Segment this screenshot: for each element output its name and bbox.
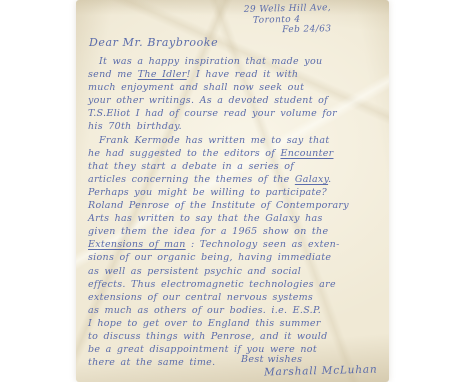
handwritten-line: to discuss things with Penrose, and it w… [88, 330, 388, 343]
handwritten-line: articles concerning the themes of the Ga… [88, 173, 388, 186]
address-line-date: Feb 24/63 [282, 24, 332, 36]
handwritten-line: as well as persistent psychic and social [88, 265, 388, 278]
scanned-letter: 29 Wells Hill Ave, Toronto 4 Feb 24/63 D… [0, 0, 468, 382]
sender-address-block: 29 Wells Hill Ave, Toronto 4 Feb 24/63 [244, 3, 332, 36]
handwritten-line: Frank Kermode has written me to say that [88, 134, 388, 147]
handwritten-line: extensions of our central nervous system… [88, 291, 388, 304]
handwritten-line: given them the idea for a 1965 show on t… [88, 225, 388, 238]
closing-phrase: Best wishes [241, 354, 302, 365]
handwritten-line: be a great disappointment if you were no… [88, 343, 388, 356]
handwritten-line: that they start a debate in a series of [88, 160, 388, 173]
handwritten-line: Roland Penrose of the Institute of Conte… [88, 199, 388, 212]
handwritten-line: I hope to get over to England this summe… [88, 317, 388, 330]
handwritten-line: sions of our organic being, having immed… [88, 251, 388, 264]
handwritten-line: his 70th birthday. [88, 120, 388, 133]
handwritten-line: It was a happy inspiration that made you [88, 55, 388, 68]
salutation: Dear Mr. Braybrooke [89, 36, 218, 49]
handwritten-line: your other writings. As a devoted studen… [88, 94, 388, 107]
handwritten-line: as much as others of our bodies. i.e. E.… [88, 304, 388, 317]
letter-paper: 29 Wells Hill Ave, Toronto 4 Feb 24/63 D… [76, 0, 389, 382]
handwritten-line: Extensions of man : Technology seen as e… [88, 238, 388, 251]
handwritten-line: much enjoyment and shall now seek out [88, 81, 388, 94]
letter-body: It was a happy inspiration that made you… [88, 55, 388, 369]
handwritten-line: Arts has written to say that the Galaxy … [88, 212, 388, 225]
signature: Marshall McLuhan [264, 364, 378, 379]
handwritten-line: he had suggested to the editors of Encou… [88, 147, 388, 160]
handwritten-line: send me The Idler! I have read it with [88, 68, 388, 81]
handwritten-line: T.S.Eliot I had of course read your volu… [88, 107, 388, 120]
address-line-street: 29 Wells Hill Ave, [244, 3, 332, 15]
handwritten-line: effects. Thus electromagnetic technologi… [88, 278, 388, 291]
handwritten-line: Perhaps you might be willing to particip… [88, 186, 388, 199]
